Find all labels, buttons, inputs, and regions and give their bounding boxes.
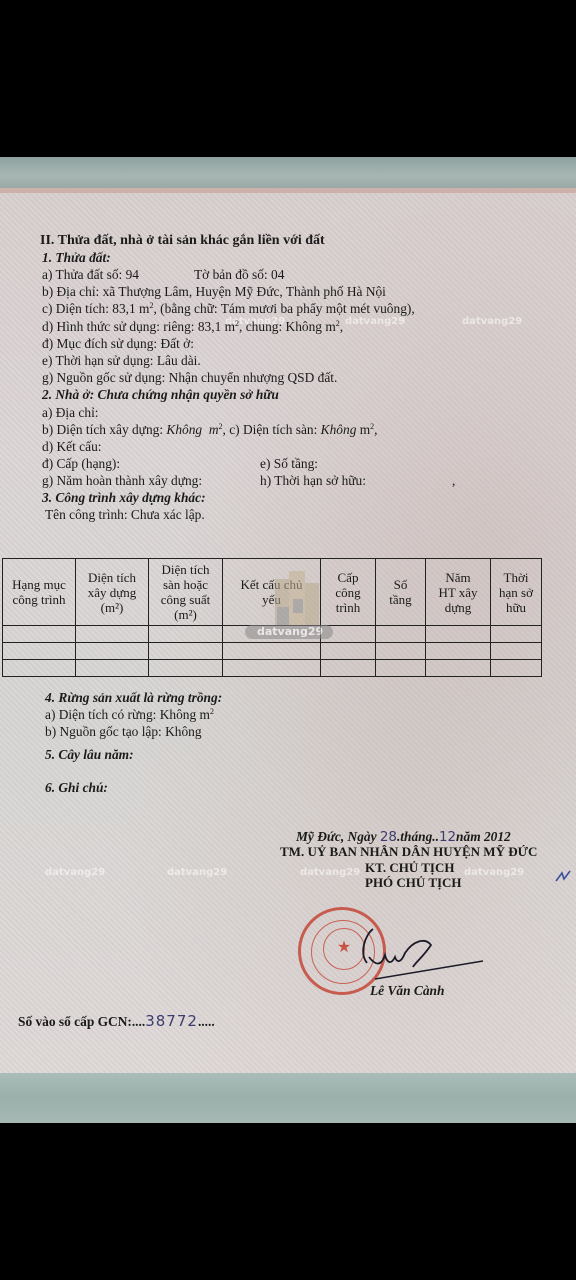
construction-name: Tên công trình: Chưa xác lập. xyxy=(45,507,205,523)
certificate-registry-number: Số vào sổ cấp GCN:....38772..... xyxy=(18,1013,215,1030)
handwritten-day: 28 xyxy=(380,830,397,845)
house-grade: đ) Cấp (hạng): xyxy=(42,456,120,472)
watermark: datvang29 xyxy=(462,316,522,327)
area: c) Diện tích: 83,1 m2, (bằng chữ: Tám mư… xyxy=(42,301,415,317)
watermark: datvang29 xyxy=(167,867,227,878)
table-row xyxy=(3,643,542,660)
section2-title: 2. Nhà ở: Chưa chứng nhận quyền sở hữu xyxy=(42,387,279,403)
house-ownership-term: h) Thời hạn sở hữu: xyxy=(260,473,366,489)
watermark: datvang29 xyxy=(345,316,405,327)
watermark: datvang29 xyxy=(300,867,360,878)
watermark: datvang29 xyxy=(45,867,105,878)
section5-title: 5. Cây lâu năm: xyxy=(45,747,134,763)
house-completion-year: g) Năm hoàn thành xây dựng: xyxy=(42,473,202,489)
header-category: Hạng mụccông trình xyxy=(3,559,76,626)
table-row xyxy=(3,660,542,677)
comma-mark: , xyxy=(452,473,455,489)
handwritten-registry-number: 38772 xyxy=(145,1012,198,1030)
house-address: a) Địa chỉ: xyxy=(42,405,99,421)
address: b) Địa chỉ: xã Thượng Lâm, Huyện Mỹ Đức,… xyxy=(42,284,386,300)
paper-edge xyxy=(0,188,576,193)
signer-role-2: PHÓ CHỦ TỊCH xyxy=(365,875,462,891)
signer-role-1: KT. CHỦ TỊCH xyxy=(365,860,454,876)
header-floors: Sốtầng xyxy=(376,559,426,626)
signature-scribble xyxy=(355,923,485,983)
usage-purpose: đ) Mục đích sử dụng: Đất ở: xyxy=(42,336,194,352)
forest-origin: b) Nguồn gốc tạo lập: Không xyxy=(45,724,202,740)
usage-origin: g) Nguồn gốc sử dụng: Nhận chuyển nhượng… xyxy=(42,370,337,386)
section-heading: II. Thửa đất, nhà ở tài sản khác gắn liề… xyxy=(40,233,325,249)
background-surface-top xyxy=(0,157,576,188)
logo-watermark-text: datvang29 xyxy=(257,625,323,638)
usage-term: e) Thời hạn sử dụng: Lâu dài. xyxy=(42,353,201,369)
watermark: datvang29 xyxy=(464,867,524,878)
pen-mark xyxy=(554,869,572,883)
section6-title: 6. Ghi chú: xyxy=(45,780,108,796)
usage-form: d) Hình thức sử dụng: riêng: 83,1 m2, ch… xyxy=(42,319,343,335)
background-surface-bottom xyxy=(0,1073,576,1123)
house-area: b) Diện tích xây dựng: Không m2, c) Diện… xyxy=(42,422,378,438)
header-completion-year: NămHT xâydựng xyxy=(426,559,491,626)
document-photo: datvang29 datvang29 datvang29 datvang29 … xyxy=(0,157,576,1123)
forest-area: a) Diện tích có rừng: Không m2 xyxy=(45,707,214,723)
house-floors: e) Số tầng: xyxy=(260,456,318,472)
map-sheet-number: Tờ bản đồ số: 04 xyxy=(194,267,284,283)
header-built-area: Diện tíchxây dựng(m²) xyxy=(76,559,149,626)
section1-title: 1. Thửa đất: xyxy=(42,250,111,266)
house-structure: d) Kết cấu: xyxy=(42,439,102,455)
issuing-authority: TM. UỶ BAN NHÂN DÂN HUYỆN MỸ ĐỨC xyxy=(280,844,537,860)
signer-name: Lê Văn Cành xyxy=(370,983,444,999)
section4-title: 4. Rừng sản xuất là rừng trồng: xyxy=(45,690,222,706)
header-floor-area: Diện tíchsàn hoặccông suất(m²) xyxy=(149,559,223,626)
building-logo-watermark: datvang29 xyxy=(245,569,333,644)
certificate-page: datvang29 datvang29 datvang29 datvang29 … xyxy=(0,188,576,1073)
section3-title: 3. Công trình xây dựng khác: xyxy=(42,490,206,506)
header-ownership-term: Thờihạn sởhữu xyxy=(491,559,542,626)
handwritten-month: 12 xyxy=(439,830,456,845)
parcel-number: a) Thửa đất số: 94 xyxy=(42,267,139,283)
